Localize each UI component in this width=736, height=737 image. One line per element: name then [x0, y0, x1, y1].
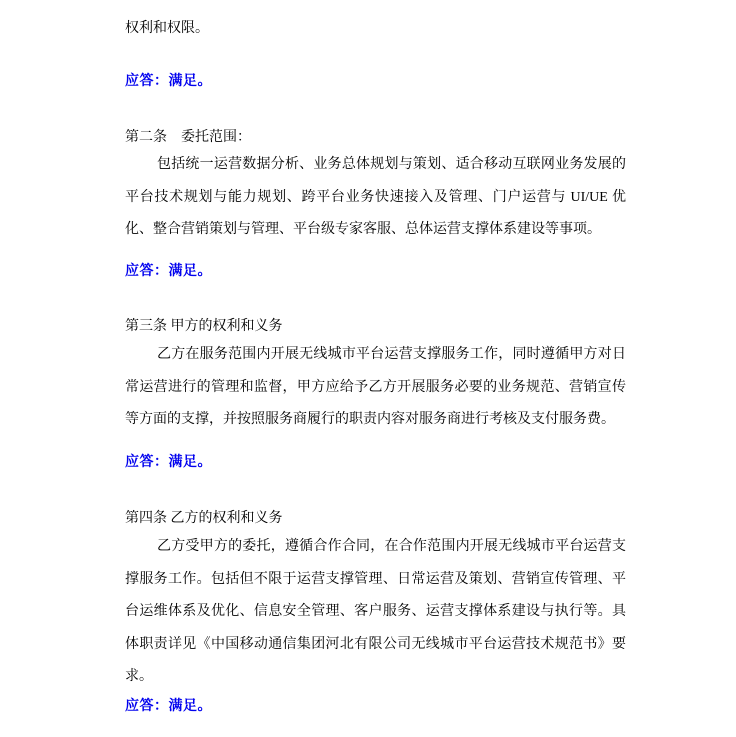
document-page: 权利和权限。 应答：满足。 第二条 委托范围： 包括统一运营数据分析、业务总体规… [0, 0, 736, 737]
response-line: 应答：满足。 [125, 66, 626, 99]
paragraph-article-2-scope: 包括统一运营数据分析、业务总体规划与策划、适合移动互联网业务发展的平台技术规划与… [125, 149, 626, 247]
paragraph-article-3-party-a: 乙方在服务范围内开展无线城市平台运营支撑服务工作，同时遵循甲方对日常运营进行的管… [125, 339, 626, 437]
paragraph-continuation: 权利和权限。 [125, 13, 626, 46]
paragraph-article-4-party-b: 乙方受甲方的委托，遵循合作合同，在合作范围内开展无线城市平台运营支撑服务工作。包… [125, 531, 626, 694]
response-line: 应答：满足。 [125, 256, 626, 289]
response-line: 应答：满足。 [125, 447, 626, 480]
response-line: 应答：满足。 [125, 691, 626, 724]
